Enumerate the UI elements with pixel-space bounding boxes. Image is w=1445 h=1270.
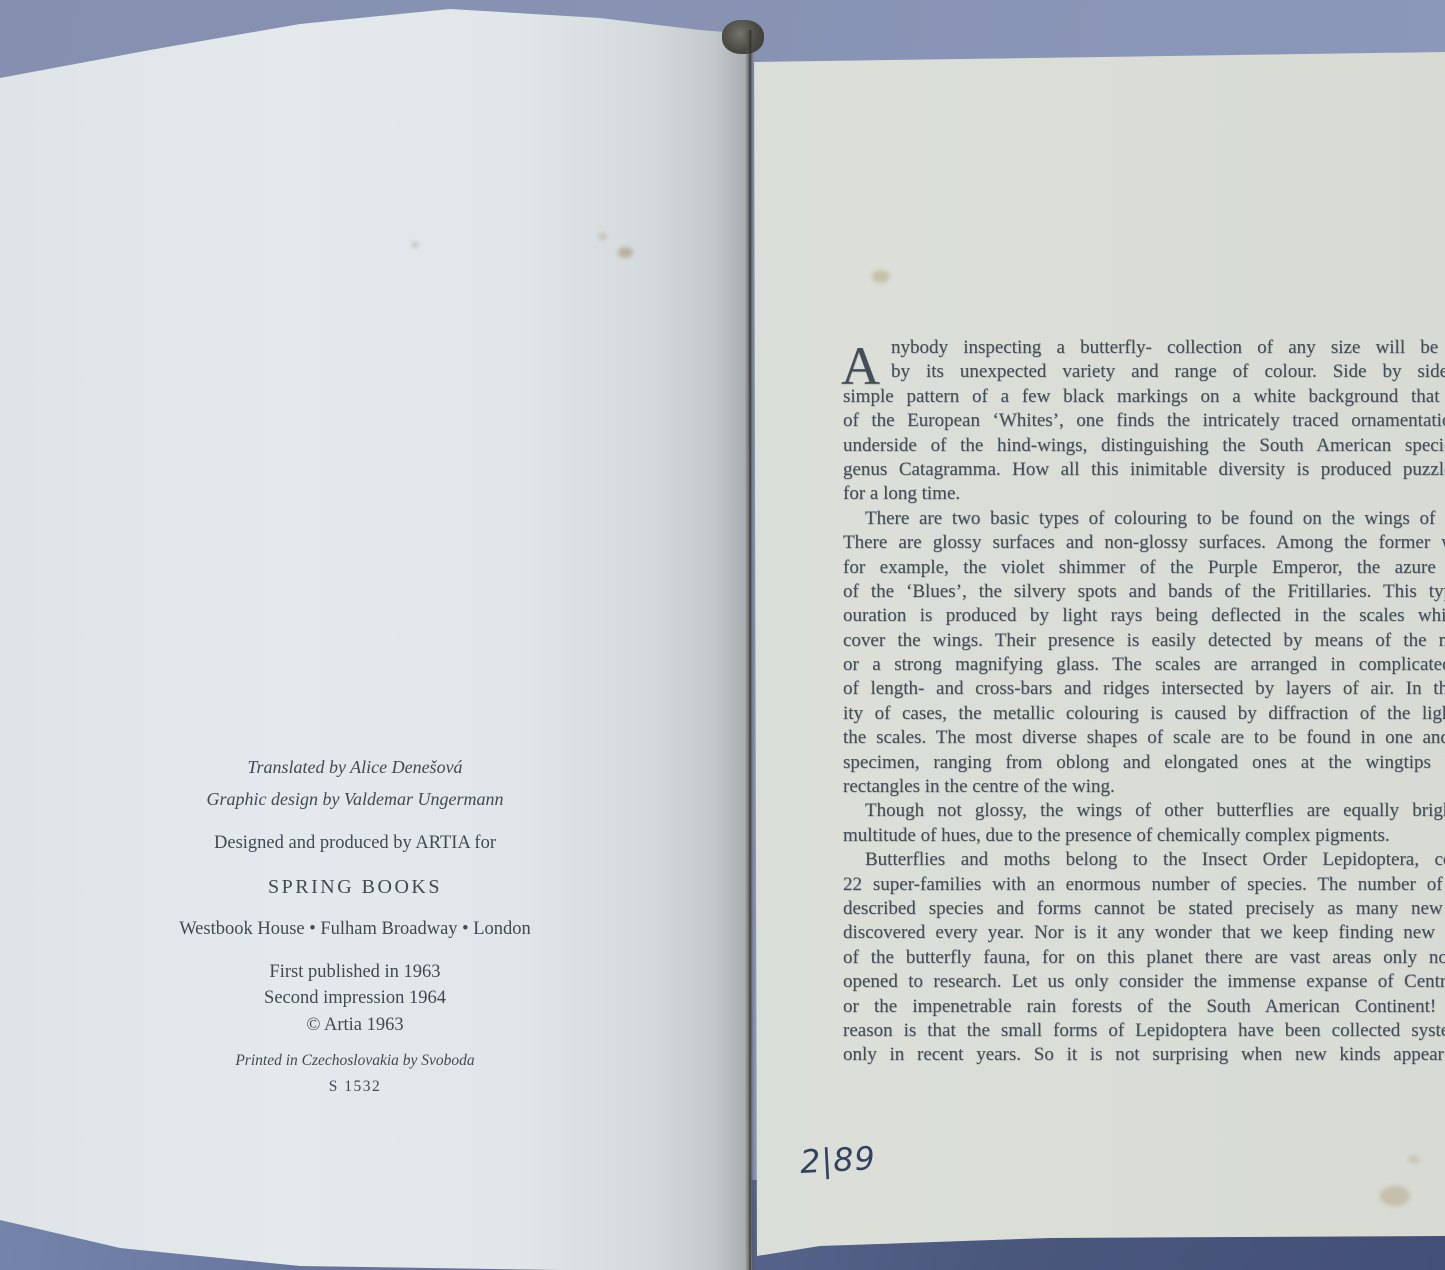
body-text-line: Butterflies and moths belong to the Inse…	[843, 848, 1445, 872]
body-text-line: or a strong magnifying glass. The scales…	[843, 653, 1445, 677]
handwritten-price-mark: 2|89	[799, 1139, 877, 1181]
body-text-line: described species and forms cannot be st…	[843, 897, 1445, 921]
body-text-line: of the ‘Blues’, the silvery spots and ba…	[843, 580, 1445, 604]
printer-credit: Printed in Czechoslovakia by Svoboda	[60, 1052, 650, 1070]
body-text-line: simple pattern of a few black markings o…	[843, 385, 1445, 409]
foxing-stain	[1380, 1186, 1410, 1206]
body-text-line: ouration is produced by light rays being…	[843, 604, 1445, 628]
second-impression-line: Second impression 1964	[60, 988, 650, 1009]
producer-credit: Designed and produced by ARTIA for	[60, 833, 650, 854]
body-text-line: multitude of hues, due to the presence o…	[843, 824, 1445, 848]
body-text-line: only in recent years. So it is not surpr…	[843, 1043, 1445, 1067]
body-text-line: rectangles in the centre of the wing.	[843, 775, 1445, 799]
designer-credit: Graphic design by Valdemar Ungermann	[60, 789, 650, 810]
first-published-line: First published in 1963	[60, 962, 650, 983]
body-text-line: of the European ‘Whites’, one finds the …	[843, 409, 1445, 433]
body-text-line: reason is that the small forms of Lepido…	[843, 1019, 1445, 1043]
foxing-stain	[1408, 1155, 1420, 1164]
publisher-name: SPRING BOOKS	[60, 876, 650, 899]
body-text-line: opened to research. Let us only consider…	[843, 970, 1445, 994]
body-text-line: specimen, ranging from oblong and elonga…	[843, 751, 1445, 775]
body-text-line: by its unexpected variety and range of c…	[843, 360, 1445, 384]
body-text-line: genus Catagramma. How all this inimitabl…	[843, 458, 1445, 482]
body-text-line: underside of the hind-wings, distinguish…	[843, 434, 1445, 458]
body-text-column: nybody inspecting a butterfly- collectio…	[843, 336, 1445, 1068]
foxing-stain	[872, 270, 890, 283]
body-text-line: ity of cases, the metallic colouring is …	[843, 702, 1445, 726]
body-text-line: the scales. The most diverse shapes of s…	[843, 726, 1445, 750]
book-photo-scene: Translated by Alice DenešováGraphic desi…	[0, 0, 1445, 1270]
body-text-line: 22 super-families with an enormous numbe…	[843, 873, 1445, 897]
body-text-line: or the impenetrable rain forests of the …	[843, 995, 1445, 1019]
catalog-number: S 1532	[60, 1078, 650, 1096]
body-text-line: discovered every year. Nor is it any won…	[843, 921, 1445, 945]
body-text-line: nybody inspecting a butterfly- collectio…	[843, 336, 1445, 360]
book-gutter-crease	[745, 30, 755, 1270]
body-text-line: of the butterfly fauna, for on this plan…	[843, 946, 1445, 970]
body-text-line: There are two basic types of colouring t…	[843, 507, 1445, 531]
colophon-block: Translated by Alice DenešováGraphic desi…	[60, 0, 650, 1270]
body-text-line: cover the wings. Their presence is easil…	[843, 629, 1445, 653]
body-text-line: There are glossy surfaces and non-glossy…	[843, 531, 1445, 555]
publisher-address: Westbook House • Fulham Broadway • Londo…	[60, 919, 650, 940]
body-text-line: for a long time.	[843, 482, 1445, 506]
body-text-line: Though not glossy, the wings of other bu…	[843, 799, 1445, 823]
spine-headband	[722, 20, 764, 54]
copyright-line: © Artia 1963	[60, 1015, 650, 1036]
body-text-line: for example, the violet shimmer of the P…	[843, 556, 1445, 580]
body-text-line: of length- and cross-bars and ridges int…	[843, 677, 1445, 701]
translator-credit: Translated by Alice Denešová	[60, 757, 650, 778]
